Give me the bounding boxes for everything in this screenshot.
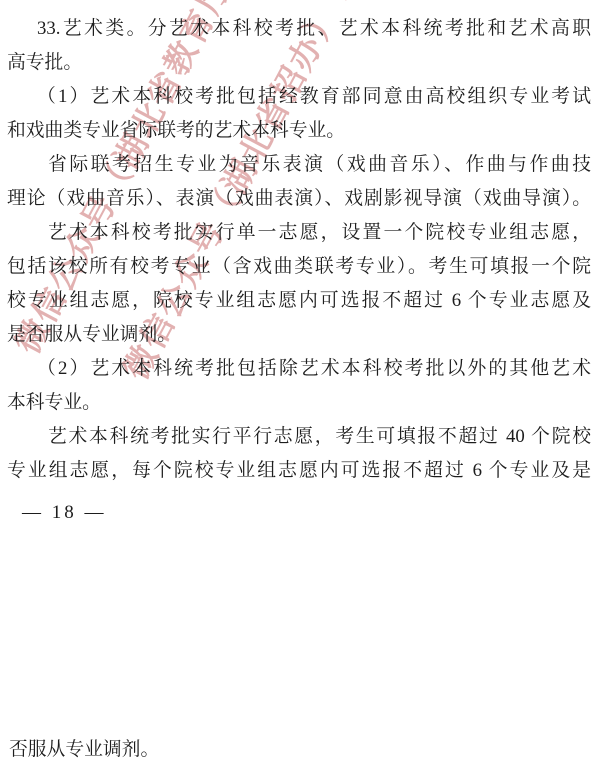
text-line: 理论（戏曲音乐）、表演（戏曲表演）、戏剧影视导演（戏曲导演）。 (7, 182, 591, 216)
page-number: — 18 — (22, 502, 107, 524)
text-line: 校专业组志愿，院校专业组志愿内可选报不超过 6 个专业志愿及 (7, 284, 591, 318)
text-line: 本科专业。 (7, 386, 591, 420)
text-line: 和戏曲类专业省际联考的艺术本科专业。 (7, 114, 591, 148)
text-line: 省际联考招生专业为音乐表演（戏曲音乐）、作曲与作曲技 (7, 148, 591, 182)
text-line: 33.艺术类。分艺术本科校考批、艺术本科统考批和艺术高职 (7, 12, 591, 46)
text-line: （1）艺术本科校考批包括经教育部同意由高校组织专业考试 (7, 80, 591, 114)
text-line: 艺术本科校考批实行单一志愿，设置一个院校专业组志愿， (7, 216, 591, 250)
document-page: 微信公众号（湖北省教育厅招生） 微信公众号（湖北省招办）▲ 33.艺术类。分艺术… (0, 0, 598, 769)
text-line: 专业组志愿，每个院校专业组志愿内可选报不超过 6 个专业及是 (7, 454, 591, 488)
text-line: （2）艺术本科统考批包括除艺术本科校考批以外的其他艺术 (7, 352, 591, 386)
text-line: 艺术本科统考批实行平行志愿，考生可填报不超过 40 个院校 (7, 420, 591, 454)
text-line: 是否服从专业调剂。 (7, 318, 591, 352)
document-text-block: 33.艺术类。分艺术本科校考批、艺术本科统考批和艺术高职 高专批。 （1）艺术本… (7, 12, 591, 488)
footer-text-line: 否服从专业调剂。 (9, 734, 159, 761)
text-line: 包括该校所有校考专业（含戏曲类联考专业）。考生可填报一个院 (7, 250, 591, 284)
text-line: 高专批。 (7, 46, 591, 80)
